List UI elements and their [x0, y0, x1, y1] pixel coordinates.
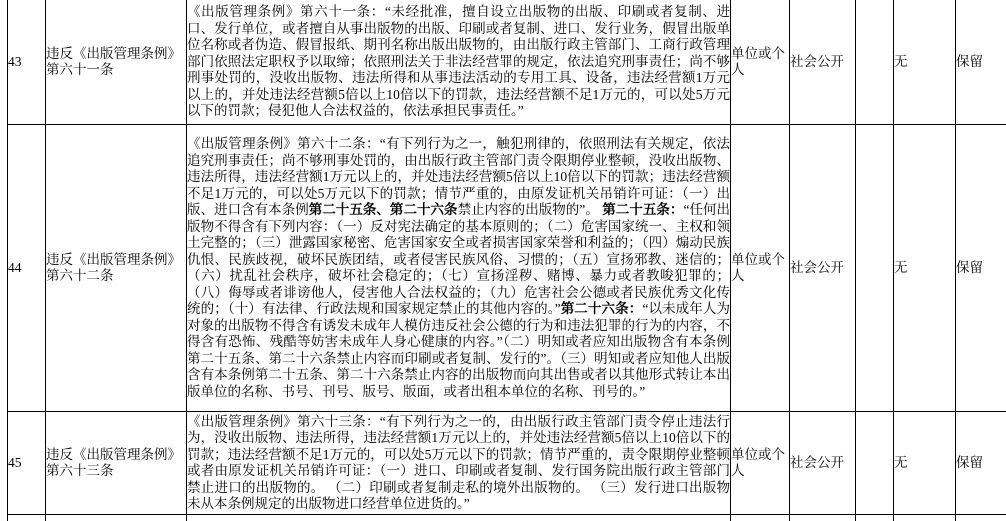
violation-cell: 违反《出版管理条例》第六十二条 [46, 125, 187, 412]
remark-cell: 无 [894, 0, 956, 125]
subject-cell [731, 515, 790, 521]
table-body: 43 违反《出版管理条例》第六十一条 《出版管理条例》第六十一条：“未经批准，擅… [8, 0, 1006, 521]
table-row: 43 违反《出版管理条例》第六十一条 《出版管理条例》第六十一条：“未经批准，擅… [8, 0, 1006, 125]
disclosure-cell: 社会公开 [790, 412, 856, 515]
blank-cell [856, 515, 894, 521]
retention-cell: 保留 [956, 125, 1006, 412]
disclosure-cell [790, 515, 856, 521]
blank-cell [856, 0, 894, 125]
row-number-cell: 43 [8, 0, 46, 125]
subject-cell: 单位或个人 [731, 125, 790, 412]
violation-cell: 违反《出版管理条例》第六十一条 [46, 0, 187, 125]
table-row: 44 违反《出版管理条例》第六十二条 《出版管理条例》第六十二条：“有下列行为之… [8, 125, 1006, 412]
table-row: 45 违反《出版管理条例》第六十三条 《出版管理条例》第六十三条：“有下列行为之… [8, 412, 1006, 515]
violation-cell [46, 515, 187, 521]
legal-basis-cell: 《出版管理条例》第六十三条：“有下列行为之一的，由出版行政主管部门责令停止违法行… [187, 412, 731, 515]
row-number-cell: 45 [8, 412, 46, 515]
regulation-penalty-table: 43 违反《出版管理条例》第六十一条 《出版管理条例》第六十一条：“未经批准，擅… [7, 0, 1006, 521]
retention-cell [956, 515, 1006, 521]
disclosure-cell: 社会公开 [790, 125, 856, 412]
retention-cell: 保留 [956, 412, 1006, 515]
legal-basis-cell [187, 515, 731, 521]
legal-basis-cell: 《出版管理条例》第六十一条：“未经批准，擅自设立出版物的出版、印刷或者复制、进口… [187, 0, 731, 125]
row-number-cell [8, 515, 46, 521]
subject-cell: 单位或个人 [731, 412, 790, 515]
remark-cell [894, 515, 956, 521]
disclosure-cell: 社会公开 [790, 0, 856, 125]
blank-cell [856, 125, 894, 412]
legal-basis-cell: 《出版管理条例》第六十二条：“有下列行为之一，触犯刑律的，依照刑法有关规定，依法… [187, 125, 731, 412]
remark-cell: 无 [894, 125, 956, 412]
violation-cell: 违反《出版管理条例》第六十三条 [46, 412, 187, 515]
blank-cell [856, 412, 894, 515]
remark-cell: 无 [894, 412, 956, 515]
retention-cell: 保留 [956, 0, 1006, 125]
table-row-cutoff [8, 515, 1006, 521]
row-number-cell: 44 [8, 125, 46, 412]
subject-cell: 单位或个人 [731, 0, 790, 125]
document-sheet: 43 违反《出版管理条例》第六十一条 《出版管理条例》第六十一条：“未经批准，擅… [0, 0, 1006, 521]
